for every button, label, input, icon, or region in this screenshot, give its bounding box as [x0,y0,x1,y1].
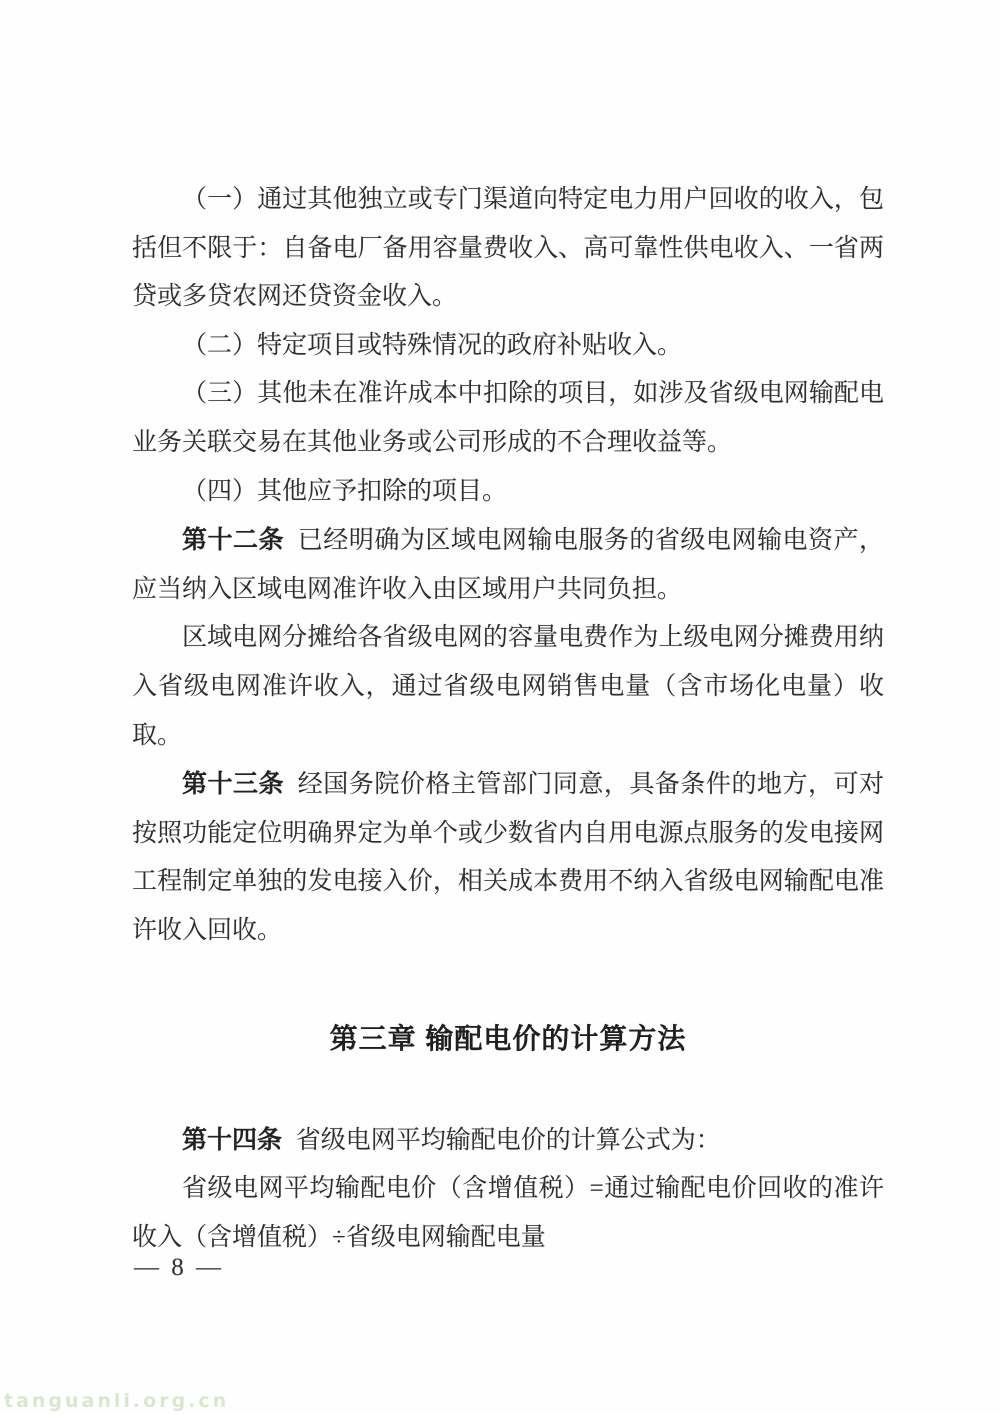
clause-item-4: （四）其他应予扣除的项目。 [132,468,884,517]
article-13-label: 第十三条 [182,770,284,798]
clause-item-1: （一）通过其他独立或专门渠道向特定电力用户回收的收入，包括但不限于：自备电厂备用… [132,176,884,322]
page-number: — 8 — [134,1254,224,1282]
clause-text: （一）通过其他独立或专门渠道向特定电力用户回收的收入，包括但不限于：自备电厂备用… [132,186,884,310]
formula-text: 省级电网平均输配电价（含增值税）=通过输配电价回收的准许收入（含增值税）÷省级电… [132,1175,884,1251]
article-13-paragraph: 第十三条经国务院价格主管部门同意，具备条件的地方，可对按照功能定位明确界定为单个… [132,760,884,955]
clause-text: （二）特定项目或特殊情况的政府补贴收入。 [182,332,682,359]
article-12-label: 第十二条 [182,526,284,554]
article-12-paragraph: 第十二条已经明确为区域电网输电服务的省级电网输电资产，应当纳入区域电网准许收入由… [132,516,884,614]
clause-text: （三）其他未在准许成本中扣除的项目，如涉及省级电网输配电业务关联交易在其他业务或… [132,380,884,456]
clause-item-2: （二）特定项目或特殊情况的政府补贴收入。 [132,322,884,371]
document-page: （一）通过其他独立或专门渠道向特定电力用户回收的收入，包括但不限于：自备电厂备用… [0,0,1000,1414]
clause-text: （四）其他应予扣除的项目。 [182,478,507,505]
article-14-paragraph: 第十四条省级电网平均输配电价的计算公式为： [132,1116,884,1166]
clause-item-3: （三）其他未在准许成本中扣除的项目，如涉及省级电网输配电业务关联交易在其他业务或… [132,370,884,467]
document-body: （一）通过其他独立或专门渠道向特定电力用户回收的收入，包括但不限于：自备电厂备用… [132,176,884,1262]
article-12-continuation-paragraph: 区域电网分摊给各省级电网的容量电费作为上级电网分摊费用纳入省级电网准许收入，通过… [132,614,884,760]
article-14-label: 第十四条 [182,1126,282,1154]
formula-paragraph: 省级电网平均输配电价（含增值税）=通过输配电价回收的准许收入（含增值税）÷省级电… [132,1165,884,1262]
paragraph-text: 区域电网分摊给各省级电网的容量电费作为上级电网分摊费用纳入省级电网准许收入，通过… [132,624,884,748]
article-14-text: 省级电网平均输配电价的计算公式为： [296,1127,721,1154]
chapter-3-heading: 第三章 输配电价的计算方法 [132,1018,884,1060]
watermark-text: tanguanli.org.cn [4,1390,229,1412]
